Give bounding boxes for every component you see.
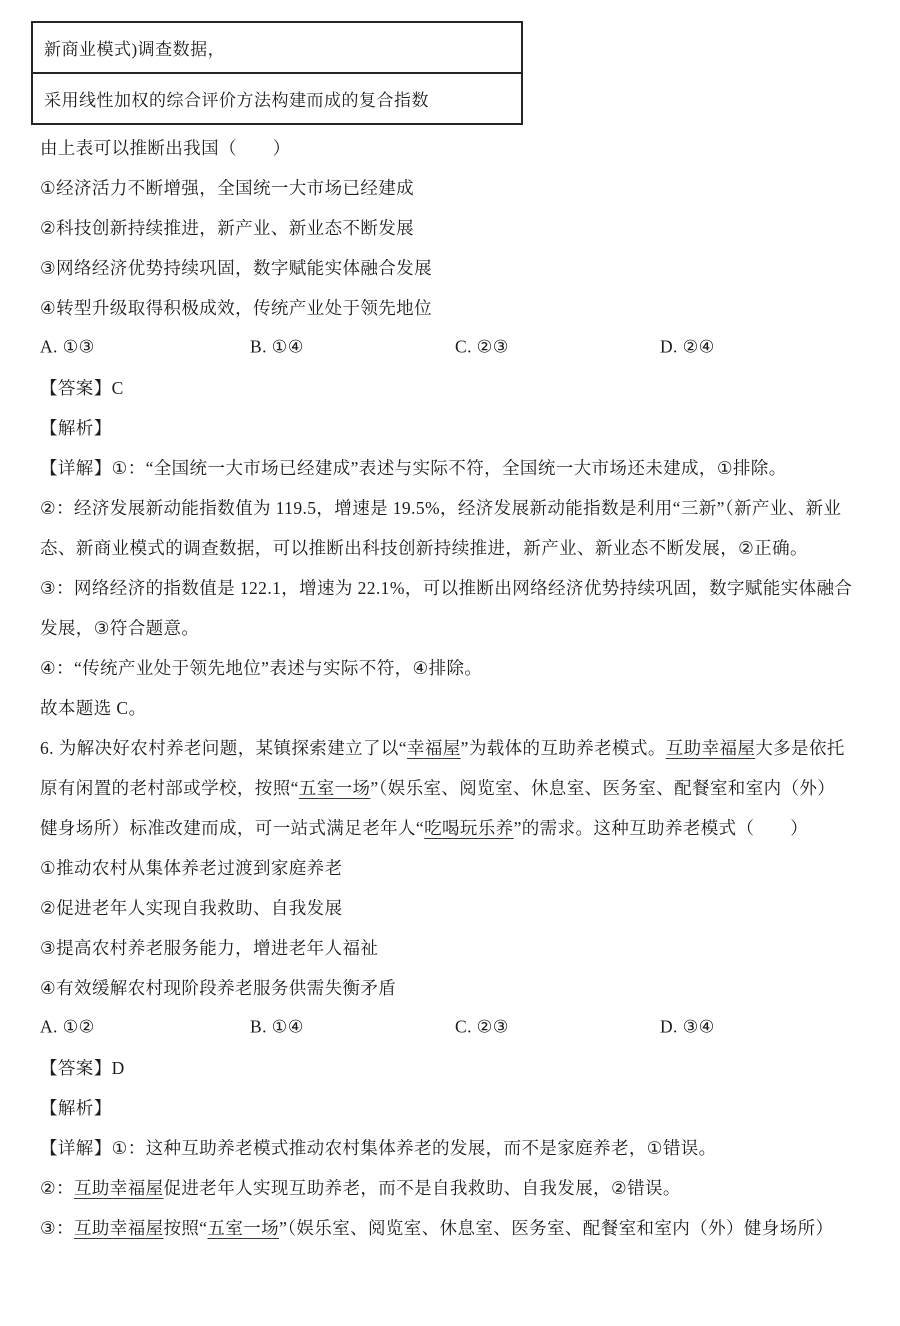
q5-detail-4: ③：网络经济的指数值是 122.1，增速为 22.1%，可以推断出网络经济优势持… <box>40 567 864 607</box>
table-cell: 采用线性加权的综合评价方法构建而成的复合指数 <box>44 86 429 111</box>
q6-choices: A. ①②B. ①④C. ②③D. ③④ <box>40 1007 864 1047</box>
choice-option: C. ②③ <box>455 337 509 358</box>
table-cell: 新商业模式)调查数据， <box>44 35 225 60</box>
text-segment: ③：网络经济的指数值是 122.1，增速为 22.1%，可以推断出网络经济优势持… <box>40 575 852 600</box>
q5-choices: A. ①③B. ①④C. ②③D. ②④ <box>40 327 864 367</box>
text-segment: 态、新商业模式的调查数据，可以推断出科技创新持续推进，新产业、新业态不断发展，②… <box>40 535 808 560</box>
underlined-term: 幸福屋 <box>407 735 461 760</box>
text-segment: ”的需求。这种互助养老模式（ ） <box>514 815 809 840</box>
q5-option-2: ②科技创新持续推进，新产业、新业态不断发展 <box>40 207 864 247</box>
text-segment: ①推动农村从集体养老过渡到家庭养老 <box>40 855 343 880</box>
q5-conclusion: 故本题选 C。 <box>40 687 864 727</box>
q5-detail-2: ②：经济发展新动能指数值为 119.5，增速是 19.5%，经济发展新动能指数是… <box>40 487 864 527</box>
text-segment: ”为载体的互助养老模式。 <box>461 735 666 760</box>
text-segment: 【解析】 <box>40 1095 112 1120</box>
choice-option: A. ①③ <box>40 337 95 358</box>
text-segment: 6. 为解决好农村养老问题，某镇探索建立了以“ <box>40 735 407 760</box>
underlined-term: 互助幸福屋 <box>666 735 756 760</box>
q6-option-4: ④有效缓解农村现阶段养老服务供需失衡矛盾 <box>40 967 864 1007</box>
underlined-term: 互助幸福屋 <box>74 1175 164 1200</box>
text-segment: 【详解】①：这种互助养老模式推动农村集体养老的发展，而不是家庭养老，①错误。 <box>40 1135 717 1160</box>
text-segment: 【答案】C <box>40 375 124 400</box>
q6-analysis-label: 【解析】 <box>40 1087 864 1127</box>
text-segment: ③提高农村养老服务能力，增进老年人福祉 <box>40 935 378 960</box>
q6-detail-1: 【详解】①：这种互助养老模式推动农村集体养老的发展，而不是家庭养老，①错误。 <box>40 1127 864 1167</box>
choice-option: D. ③④ <box>660 1017 715 1038</box>
choice-option: C. ②③ <box>455 1017 509 1038</box>
underlined-term: 吃喝玩乐养 <box>424 815 514 840</box>
q5-option-3: ③网络经济优势持续巩固，数字赋能实体融合发展 <box>40 247 864 287</box>
q6-stem-3: 健身场所）标准改建而成，可一站式满足老年人“吃喝玩乐养”的需求。这种互助养老模式… <box>40 807 864 847</box>
choice-option: B. ①④ <box>250 1017 304 1038</box>
q5-detail-6: ④：“传统产业处于领先地位”表述与实际不符，④排除。 <box>40 647 864 687</box>
q6-stem-2: 原有闲置的老村部或学校，按照“五室一场”（娱乐室、阅览室、休息室、医务室、配餐室… <box>40 767 864 807</box>
text-segment: 【详解】①：“全国统一大市场已经建成”表述与实际不符，全国统一大市场还未建成，①… <box>40 455 787 480</box>
choice-option: A. ①② <box>40 1017 95 1038</box>
text-segment: 由上表可以推断出我国（ ） <box>40 135 291 160</box>
text-segment: 【解析】 <box>40 415 112 440</box>
text-segment: ③： <box>40 1215 74 1240</box>
underlined-term: 五室一场 <box>207 1215 279 1240</box>
q6-answer: 【答案】D <box>40 1047 864 1087</box>
underlined-term: 互助幸福屋 <box>74 1215 164 1240</box>
text-segment: ”（娱乐室、阅览室、休息室、医务室、配餐室和室内（外） <box>370 775 835 800</box>
exam-page: 新商业模式)调查数据， 采用线性加权的综合评价方法构建而成的复合指数 由上表可以… <box>0 0 900 1326</box>
q5-option-1: ①经济活力不断增强，全国统一大市场已经建成 <box>40 167 864 207</box>
text-segment: 发展，③符合题意。 <box>40 615 199 640</box>
underlined-term: 五室一场 <box>299 775 371 800</box>
text-segment: 大多是依托 <box>755 735 845 760</box>
text-segment: 按照“ <box>164 1215 208 1240</box>
text-segment: 促进老年人实现互助养老，而不是自我救助、自我发展，②错误。 <box>164 1175 681 1200</box>
table-row: 采用线性加权的综合评价方法构建而成的复合指数 <box>33 72 521 123</box>
q5-detail-1: 【详解】①：“全国统一大市场已经建成”表述与实际不符，全国统一大市场还未建成，①… <box>40 447 864 487</box>
text-segment: ②：经济发展新动能指数值为 119.5，增速是 19.5%，经济发展新动能指数是… <box>40 495 841 520</box>
text-segment: ②促进老年人实现自我救助、自我发展 <box>40 895 343 920</box>
q5-detail-5: 发展，③符合题意。 <box>40 607 864 647</box>
text-segment: 原有闲置的老村部或学校，按照“ <box>40 775 299 800</box>
q5-option-4: ④转型升级取得积极成效，传统产业处于领先地位 <box>40 287 864 327</box>
choice-option: B. ①④ <box>250 337 304 358</box>
text-segment: 健身场所）标准改建而成，可一站式满足老年人“ <box>40 815 424 840</box>
q5-answer: 【答案】C <box>40 367 864 407</box>
q6-option-2: ②促进老年人实现自我救助、自我发展 <box>40 887 864 927</box>
text-segment: ④有效缓解农村现阶段养老服务供需失衡矛盾 <box>40 975 396 1000</box>
q6-option-3: ③提高农村养老服务能力，增进老年人福祉 <box>40 927 864 967</box>
text-segment: ①经济活力不断增强，全国统一大市场已经建成 <box>40 175 414 200</box>
q6-stem-1: 6. 为解决好农村养老问题，某镇探索建立了以“幸福屋”为载体的互助养老模式。互助… <box>40 727 864 767</box>
text-segment: ④转型升级取得积极成效，传统产业处于领先地位 <box>40 295 432 320</box>
text-segment: 故本题选 C。 <box>40 695 146 720</box>
q5-stem: 由上表可以推断出我国（ ） <box>40 127 864 167</box>
q6-option-1: ①推动农村从集体养老过渡到家庭养老 <box>40 847 864 887</box>
document-body: 由上表可以推断出我国（ ）①经济活力不断增强，全国统一大市场已经建成②科技创新持… <box>40 127 864 1247</box>
text-segment: ②： <box>40 1175 74 1200</box>
q5-detail-3: 态、新商业模式的调查数据，可以推断出科技创新持续推进，新产业、新业态不断发展，②… <box>40 527 864 567</box>
text-segment: ”（娱乐室、阅览室、休息室、医务室、配餐室和室内（外）健身场所） <box>279 1215 833 1240</box>
text-segment: ②科技创新持续推进，新产业、新业态不断发展 <box>40 215 414 240</box>
text-segment: ③网络经济优势持续巩固，数字赋能实体融合发展 <box>40 255 432 280</box>
text-segment: 【答案】D <box>40 1055 125 1080</box>
text-segment: ④：“传统产业处于领先地位”表述与实际不符，④排除。 <box>40 655 482 680</box>
q5-analysis-label: 【解析】 <box>40 407 864 447</box>
q6-detail-3: ③：互助幸福屋按照“五室一场”（娱乐室、阅览室、休息室、医务室、配餐室和室内（外… <box>40 1207 864 1247</box>
data-table: 新商业模式)调查数据， 采用线性加权的综合评价方法构建而成的复合指数 <box>31 21 523 125</box>
q6-detail-2: ②：互助幸福屋促进老年人实现互助养老，而不是自我救助、自我发展，②错误。 <box>40 1167 864 1207</box>
table-row: 新商业模式)调查数据， <box>33 23 521 72</box>
choice-option: D. ②④ <box>660 337 715 358</box>
